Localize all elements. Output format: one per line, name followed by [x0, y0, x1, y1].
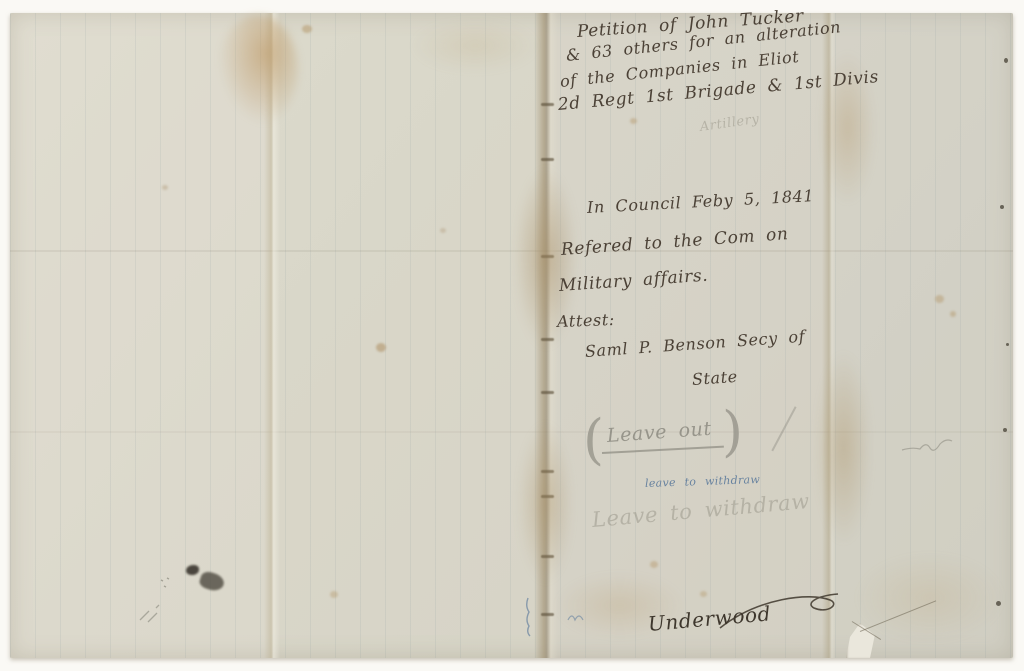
foxing-spot	[162, 185, 168, 190]
pencil-paren-close: )	[722, 400, 744, 463]
edge-speck	[1000, 205, 1004, 209]
edge-speck	[1003, 428, 1007, 432]
foxing-spot	[630, 118, 637, 124]
stitch-mark	[541, 158, 554, 161]
pencil-paren-open: (	[583, 408, 605, 471]
foxing-spot	[440, 228, 446, 233]
secretary-signature-line-2: State	[691, 367, 738, 389]
edge-speck	[996, 601, 1001, 606]
foxing-spot	[376, 343, 386, 352]
council-line-4: Attest:	[557, 310, 615, 331]
pencil-dot-marks	[158, 576, 174, 590]
paper-sheet	[10, 13, 1013, 658]
pencil-squiggle-mark	[900, 438, 954, 456]
horizontal-crease	[10, 250, 1013, 252]
blue-squiggle-mark	[566, 612, 586, 624]
edge-speck	[1004, 58, 1008, 63]
stain	[218, 15, 298, 125]
stitch-mark	[541, 103, 554, 106]
foxing-spot	[650, 561, 658, 568]
blue-vertical-mark	[523, 596, 533, 638]
stitch-mark	[541, 613, 554, 616]
scanned-document-page: Petition of John Tucker & 63 others for …	[0, 0, 1024, 671]
stain	[816, 353, 871, 543]
foxing-spot	[302, 25, 312, 33]
foxing-spot	[950, 311, 956, 317]
stain	[410, 18, 540, 73]
foxing-spot	[700, 591, 707, 597]
foxing-spot	[330, 591, 338, 598]
foxing-spot	[935, 295, 944, 303]
pencil-jotting-mark	[136, 596, 166, 626]
stain	[518, 423, 573, 583]
stitch-mark	[541, 391, 554, 394]
edge-speck	[1006, 343, 1009, 346]
